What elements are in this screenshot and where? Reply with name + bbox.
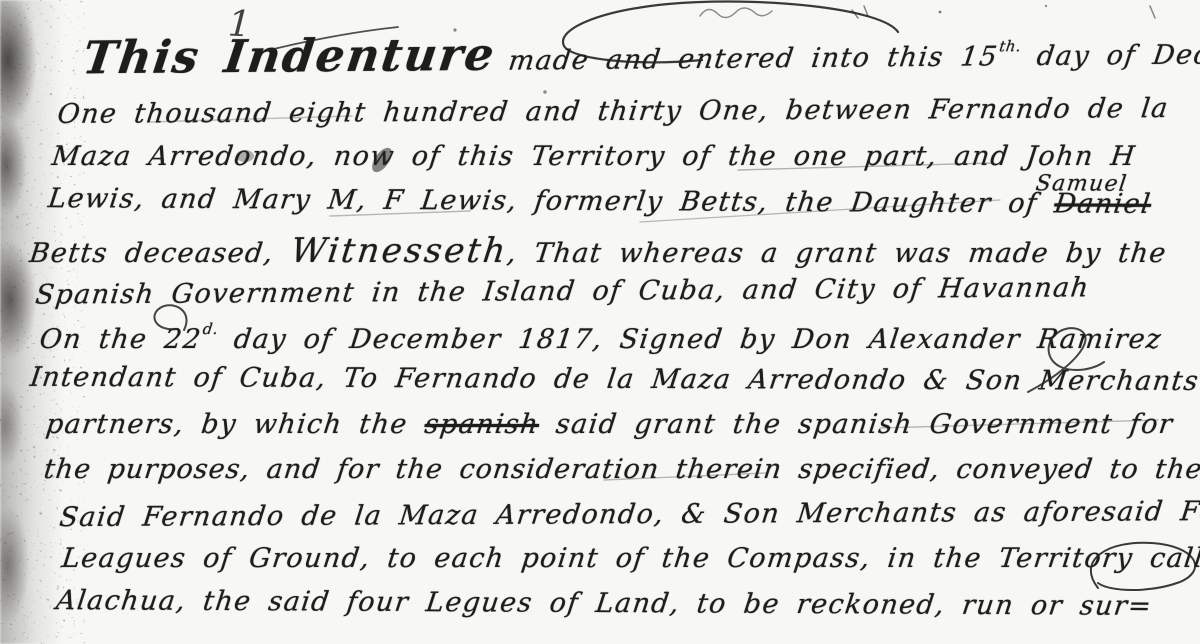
text-segment-normal: said grant the spanish Government for (537, 409, 1175, 440)
text-line: Lewis, and Mary M, F Lewis, formerly Bet… (46, 183, 1153, 220)
text-segment-normal: Lewis, and Mary M, F Lewis, formerly Bet… (46, 183, 1056, 219)
text-segment-normal: day of December (1018, 39, 1200, 72)
text-line: Alachua, the said four Legues of Land, t… (54, 585, 1154, 622)
text-segment-normal: Alachua, the said four Legues of Land, t… (54, 585, 1154, 622)
text-line: Maza Arredondo, now of this Territory of… (50, 141, 1138, 172)
handwritten-text-block: This Indenturemade and entered into this… (0, 0, 1200, 644)
text-segment-normal: Betts deceased, (28, 238, 293, 269)
text-segment-sup: th. (998, 37, 1022, 55)
text-segment-normal: the purposes, and for the consideration … (42, 454, 1200, 485)
document-page: 1 This Indenturemade and entered into th… (0, 0, 1200, 644)
text-segment-normal: , That whereas a grant was made by the (505, 238, 1168, 269)
text-segment-normal: Spanish Government in the Island of Cuba… (34, 272, 1092, 310)
text-segment-insertion: Samuel (1034, 171, 1037, 196)
text-segment-normal: day of December 1817, Signed by Don Alex… (215, 324, 1164, 355)
text-line: partners, by which the spanish said gran… (44, 409, 1175, 440)
text-segment-emphasis: Witnesseth (289, 231, 510, 271)
text-line: Intendant of Cuba, To Fernando de la Maz… (28, 362, 1200, 397)
text-segment-strike: spanish (423, 409, 541, 440)
text-segment-normal: made and entered into this 15 (507, 41, 1000, 76)
text-segment-normal: partners, by which the (44, 409, 427, 440)
text-line: One thousand eight hundred and thirty On… (56, 93, 1171, 130)
text-segment-normal: Intendant of Cuba, To Fernando de la Maz… (28, 362, 1200, 397)
text-line: Said Fernando de la Maza Arredondo, & So… (58, 496, 1200, 533)
text-line: Leagues of Ground, to each point of the … (60, 543, 1200, 574)
text-line: This Indenturemade and entered into this… (80, 21, 1200, 85)
text-segment-normal: Said Fernando de la Maza Arredondo, & So… (58, 496, 1200, 533)
text-line: Betts deceased, Witnesseth, That whereas… (28, 231, 1170, 271)
text-segment-normal: Maza Arredondo, now of this Territory of… (50, 141, 1138, 172)
text-segment-normal: One thousand eight hundred and thirty On… (56, 93, 1171, 130)
text-segment-normal: On the 22 (38, 324, 204, 355)
text-segment-opening: This Indenture (80, 28, 513, 85)
text-line: the purposes, and for the consideration … (42, 454, 1200, 485)
text-segment-normal: Leagues of Ground, to each point of the … (60, 543, 1200, 574)
text-line: Spanish Government in the Island of Cuba… (34, 272, 1092, 310)
text-line: On the 22d. day of December 1817, Signed… (38, 320, 1164, 355)
